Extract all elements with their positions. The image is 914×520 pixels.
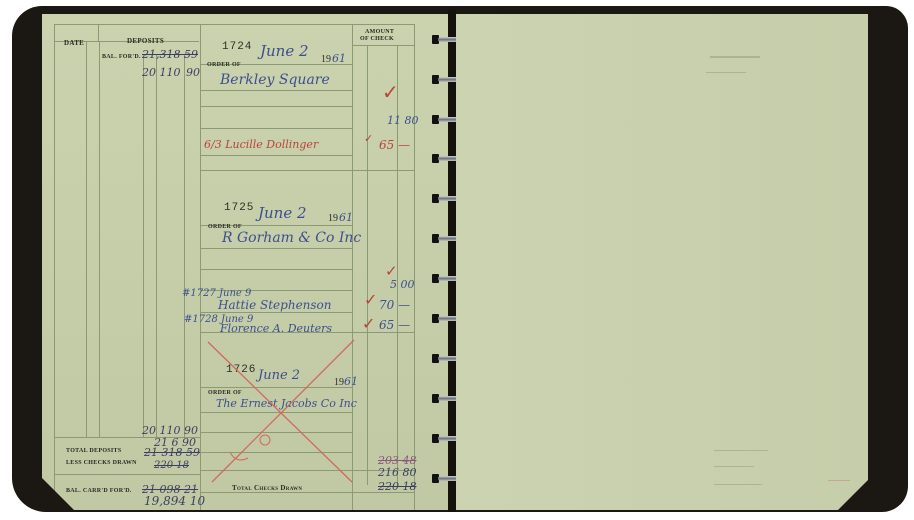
- rule: [200, 170, 414, 171]
- bal-forward-label: BAL. FOR'D.: [102, 54, 141, 60]
- payee: R Gorham & Co Inc: [222, 230, 361, 246]
- check-number: 1724: [222, 41, 252, 53]
- order-of-label: ORDER OF: [207, 62, 241, 68]
- bleed-through-mark: [714, 484, 762, 485]
- check-date: June 2: [258, 204, 307, 222]
- check-mark-icon: ✓: [362, 314, 375, 333]
- year-printed: 19: [328, 213, 338, 224]
- page-corner: [836, 478, 870, 512]
- note-amount: 65 —: [379, 318, 410, 332]
- bal-forward-cents: 90: [186, 66, 200, 79]
- blank-facing-page: [456, 14, 868, 510]
- void-cross-icon: [202, 336, 362, 486]
- check-date: June 2: [260, 42, 309, 60]
- deposits-header: DEPOSITS: [127, 37, 164, 45]
- bleed-through-mark: [714, 450, 768, 451]
- rule: [352, 45, 414, 46]
- rule: [200, 312, 352, 313]
- rule: [86, 41, 87, 437]
- note-line: Florence A. Deuters: [220, 322, 332, 335]
- checks-drawn-value: 216 80: [378, 466, 417, 479]
- note-line: 6/3 Lucille Dollinger: [204, 138, 318, 151]
- note-line: Hattie Stephenson: [218, 298, 332, 312]
- rule: [200, 90, 352, 91]
- rule: [99, 41, 100, 437]
- amount-of-check-header-2: OF CHECK: [360, 36, 394, 42]
- note-amount: 70 —: [379, 298, 410, 312]
- check-mark-icon: ✓: [364, 290, 377, 309]
- note-amount: 65 —: [379, 138, 410, 152]
- rule: [54, 474, 200, 475]
- amount-of-check-header-1: AMOUNT: [365, 29, 394, 35]
- rule: [414, 24, 415, 510]
- page-corner: [42, 476, 76, 510]
- total-deposits-label: TOTAL DEPOSITS: [66, 448, 122, 454]
- payee: Berkley Square: [220, 72, 330, 88]
- check-mark-icon: ✓: [364, 132, 373, 145]
- check-mark-icon: ✓: [382, 80, 399, 104]
- check-number: 1725: [224, 202, 254, 214]
- rule: [200, 155, 352, 156]
- bal-carried-value: 19,894 10: [144, 494, 205, 508]
- checks-drawn-total-struck: 220 18: [378, 480, 417, 493]
- rule: [143, 54, 144, 437]
- rule: [200, 24, 201, 510]
- bal-forward-dollars: 20 110: [142, 66, 181, 79]
- rule: [200, 128, 352, 129]
- rule: [156, 54, 157, 437]
- bleed-through-mark: [714, 466, 754, 467]
- less-checks-struck: 220 18: [154, 460, 189, 471]
- bleed-through-mark: [706, 72, 746, 73]
- less-checks-drawn-label: LESS CHECKS DRAWN: [66, 460, 137, 466]
- rule: [200, 106, 352, 107]
- check-amount: 5 00: [390, 278, 415, 291]
- rule: [54, 24, 414, 25]
- total-deposits-struck: 21 318 59: [144, 446, 200, 459]
- rule: [200, 248, 352, 249]
- rule: [200, 269, 352, 270]
- bleed-through-mark: [710, 56, 760, 58]
- rule: [98, 24, 99, 42]
- year-written: 61: [339, 211, 353, 224]
- bal-forward-struck: 21,318 59: [142, 48, 198, 61]
- rule: [367, 45, 368, 485]
- check-amount: 11 80: [387, 114, 419, 127]
- total-checks-drawn-label: Total Checks Drawn: [232, 484, 302, 492]
- rule: [184, 54, 185, 437]
- date-header: DATE: [64, 39, 84, 47]
- check-register-page: DATE DEPOSITS AMOUNT OF CHECK BAL. FOR'D…: [42, 14, 448, 510]
